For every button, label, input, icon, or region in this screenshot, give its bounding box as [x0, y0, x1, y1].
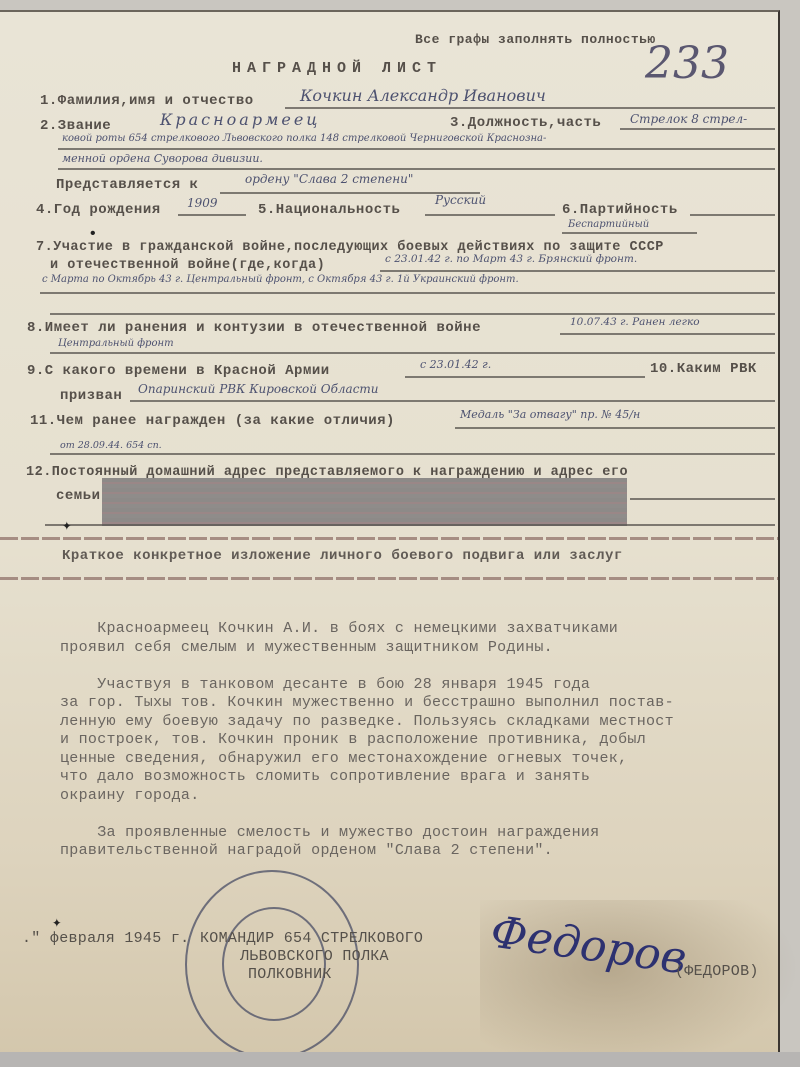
rule — [50, 313, 775, 315]
field-9-value: с 23.01.42 г. — [420, 358, 491, 371]
rule — [178, 214, 246, 216]
narrative-line: Красноармеец Кочкин А.И. в боях с немецк… — [60, 620, 674, 639]
field-6-value: Беспартийный — [568, 219, 649, 230]
field-6-label: 6.Партийность — [562, 202, 678, 218]
footer-date: ." февраля 1945 г. — [22, 930, 189, 947]
rule — [560, 333, 775, 335]
narrative-line — [60, 805, 674, 824]
signatory-name: (ФЕДОРОВ) — [675, 963, 759, 980]
narrative-line: Участвуя в танковом десанте в бою 28 янв… — [60, 676, 674, 695]
narrative-line: ценные сведения, обнаружил его местонахо… — [60, 750, 674, 769]
field-9-label: 9.С какого времени в Красной Армии — [27, 363, 330, 379]
rule — [50, 453, 775, 455]
field-11-label: 11.Чем ранее награжден (за какие отличия… — [30, 413, 395, 429]
signatory-line-1: КОМАНДИР 654 СТРЕЛКОВОГО — [200, 930, 423, 947]
dashed-divider — [0, 537, 778, 540]
dashed-divider — [0, 577, 778, 580]
field-10-label-1: 10.Каким РВК — [650, 361, 757, 377]
rule — [562, 232, 697, 234]
narrative-line: что дало возможность сломить сопротивлен… — [60, 768, 674, 787]
ink-mark: ✦ — [52, 912, 62, 932]
rule — [50, 352, 775, 354]
field-3-value-1: Стрелок 8 стрел- — [630, 112, 747, 126]
field-4-value: 1909 — [187, 196, 218, 210]
field-11-value-1: Медаль "За отвагу" пр. № 45/н — [460, 408, 640, 421]
rule — [45, 524, 775, 526]
handwritten-number: 233 — [645, 38, 729, 89]
section-heading: Краткое конкретное изложение личного бое… — [62, 548, 623, 564]
rule — [58, 148, 775, 150]
field-10-label-2: призван — [60, 388, 122, 404]
field-5-value: Русский — [435, 193, 486, 207]
rule — [58, 168, 775, 170]
instruction-text: Все графы заполнять полностью — [415, 32, 656, 47]
field-8-label: 8.Имеет ли ранения и контузии в отечеств… — [27, 320, 481, 336]
present-label: Представляется к — [56, 177, 198, 193]
rule — [405, 376, 645, 378]
signatory-line-2: ЛЬВОВСКОГО ПОЛКА — [240, 948, 389, 965]
narrative: Красноармеец Кочкин А.И. в боях с немецк… — [60, 620, 674, 861]
page-title: НАГРАДНОЙ ЛИСТ — [232, 60, 442, 77]
rule — [285, 107, 775, 109]
scan-edge — [0, 1052, 800, 1067]
field-8-value-2: Центральный фронт — [58, 338, 174, 349]
rule — [690, 214, 775, 216]
narrative-line: за гор. Тыхы тов. Кочкин мужественно и б… — [60, 694, 674, 713]
redacted-address — [102, 478, 627, 526]
field-4-label: 4.Год рождения — [36, 202, 161, 218]
narrative-line: и построек, тов. Кочкин проник в располо… — [60, 731, 674, 750]
field-10-value: Опаринский РВК Кировской Области — [138, 382, 379, 396]
field-2-label: 2.Звание — [40, 118, 111, 134]
narrative-line — [60, 657, 674, 676]
rule — [40, 292, 775, 294]
field-3-label: 3.Должность,часть — [450, 115, 601, 131]
field-3-value-3: менной ордена Суворова дивизии. — [62, 152, 263, 165]
rule — [130, 400, 775, 402]
field-5-label: 5.Национальность — [258, 202, 400, 218]
field-12-label-2: семьи — [56, 488, 101, 504]
rule — [455, 427, 775, 429]
field-1-value: Кочкин Александр Иванович — [300, 86, 546, 105]
field-2-value: Красноармеец — [160, 110, 320, 129]
narrative-line: проявил себя смелым и мужественным защит… — [60, 639, 674, 658]
field-7-label-2: и отечественной войне(где,когда) — [50, 258, 325, 273]
narrative-line: окраину города. — [60, 787, 674, 806]
narrative-line: правительственной наградой орденом "Слав… — [60, 842, 674, 861]
rule — [630, 498, 775, 500]
ink-mark: ✦ — [62, 515, 72, 535]
narrative-line: ленную ему боевую задачу по разведке. По… — [60, 713, 674, 732]
field-11-value-2: от 28.09.44. 654 сп. — [60, 440, 162, 451]
field-7-value-2: с Марта по Октябрь 43 г. Центральный фро… — [42, 274, 519, 285]
rule — [425, 214, 555, 216]
rule — [620, 128, 775, 130]
field-1-label: 1.Фамилия,имя и отчество — [40, 93, 254, 109]
field-8-value-1: 10.07.43 г. Ранен легко — [570, 316, 700, 328]
field-3-value-2: ковой роты 654 стрелкового Львовского по… — [62, 133, 546, 144]
rule — [380, 270, 775, 272]
field-7-value-1: с 23.01.42 г. по Март 43 г. Брянский фро… — [385, 253, 637, 265]
present-value: ордену "Слава 2 степени" — [245, 172, 413, 186]
narrative-line: За проявленные смелость и мужество досто… — [60, 824, 674, 843]
signatory-line-3: ПОЛКОВНИК — [248, 966, 332, 983]
